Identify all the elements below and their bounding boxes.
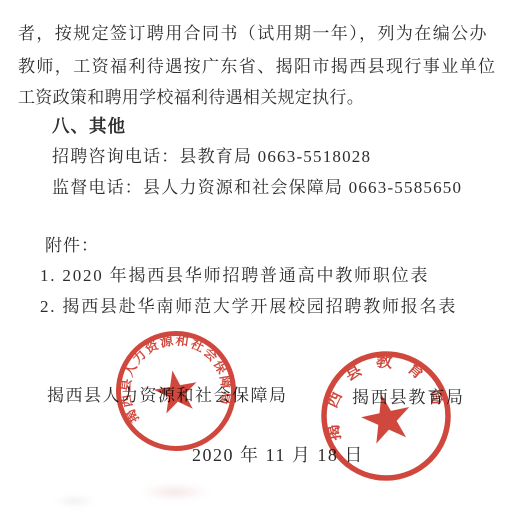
seal-arc-text: 揭西县人力资源和社会保障局	[111, 326, 238, 426]
attachment-item-1: 1. 2020 年揭西县华师招聘普通高中教师职位表	[40, 266, 429, 286]
recruitment-phone-line: 招聘咨询电话：县教育局 0663-5518028	[52, 147, 371, 167]
section-heading-other: 八、其他	[52, 116, 126, 137]
issue-date: 2020 年 11 月 18 日	[192, 445, 364, 467]
scanned-official-document: 者，按规定签订聘用合同书（试用期一年），列为在编公办 教师，工资福利待遇按广东省…	[0, 0, 514, 516]
attachment-item-2: 2. 揭西县赴华南师范大学开展校园招聘教师报名表	[40, 297, 457, 317]
body-text-line-1: 者，按规定签订聘用合同书（试用期一年），列为在编公办	[18, 24, 488, 44]
body-text-line-3: 工资政策和聘用学校福利待遇相关规定执行。	[18, 88, 364, 108]
svg-text:揭西县人力资源和社会保障局: 揭西县人力资源和社会保障局	[111, 326, 238, 426]
supervision-phone-line: 监督电话：县人力资源和社会保障局 0663-5585650	[52, 178, 462, 198]
ink-smudge	[140, 484, 210, 500]
right-signing-org-name: 揭西县教育局	[352, 388, 465, 408]
ink-smudge	[55, 496, 95, 506]
left-signing-org-name: 揭西县人力资源和社会保障局	[47, 386, 288, 406]
attachments-label: 附件：	[45, 236, 99, 256]
body-text-line-2: 教师，工资福利待遇按广东省、揭阳市揭西县现行事业单位	[18, 57, 496, 77]
